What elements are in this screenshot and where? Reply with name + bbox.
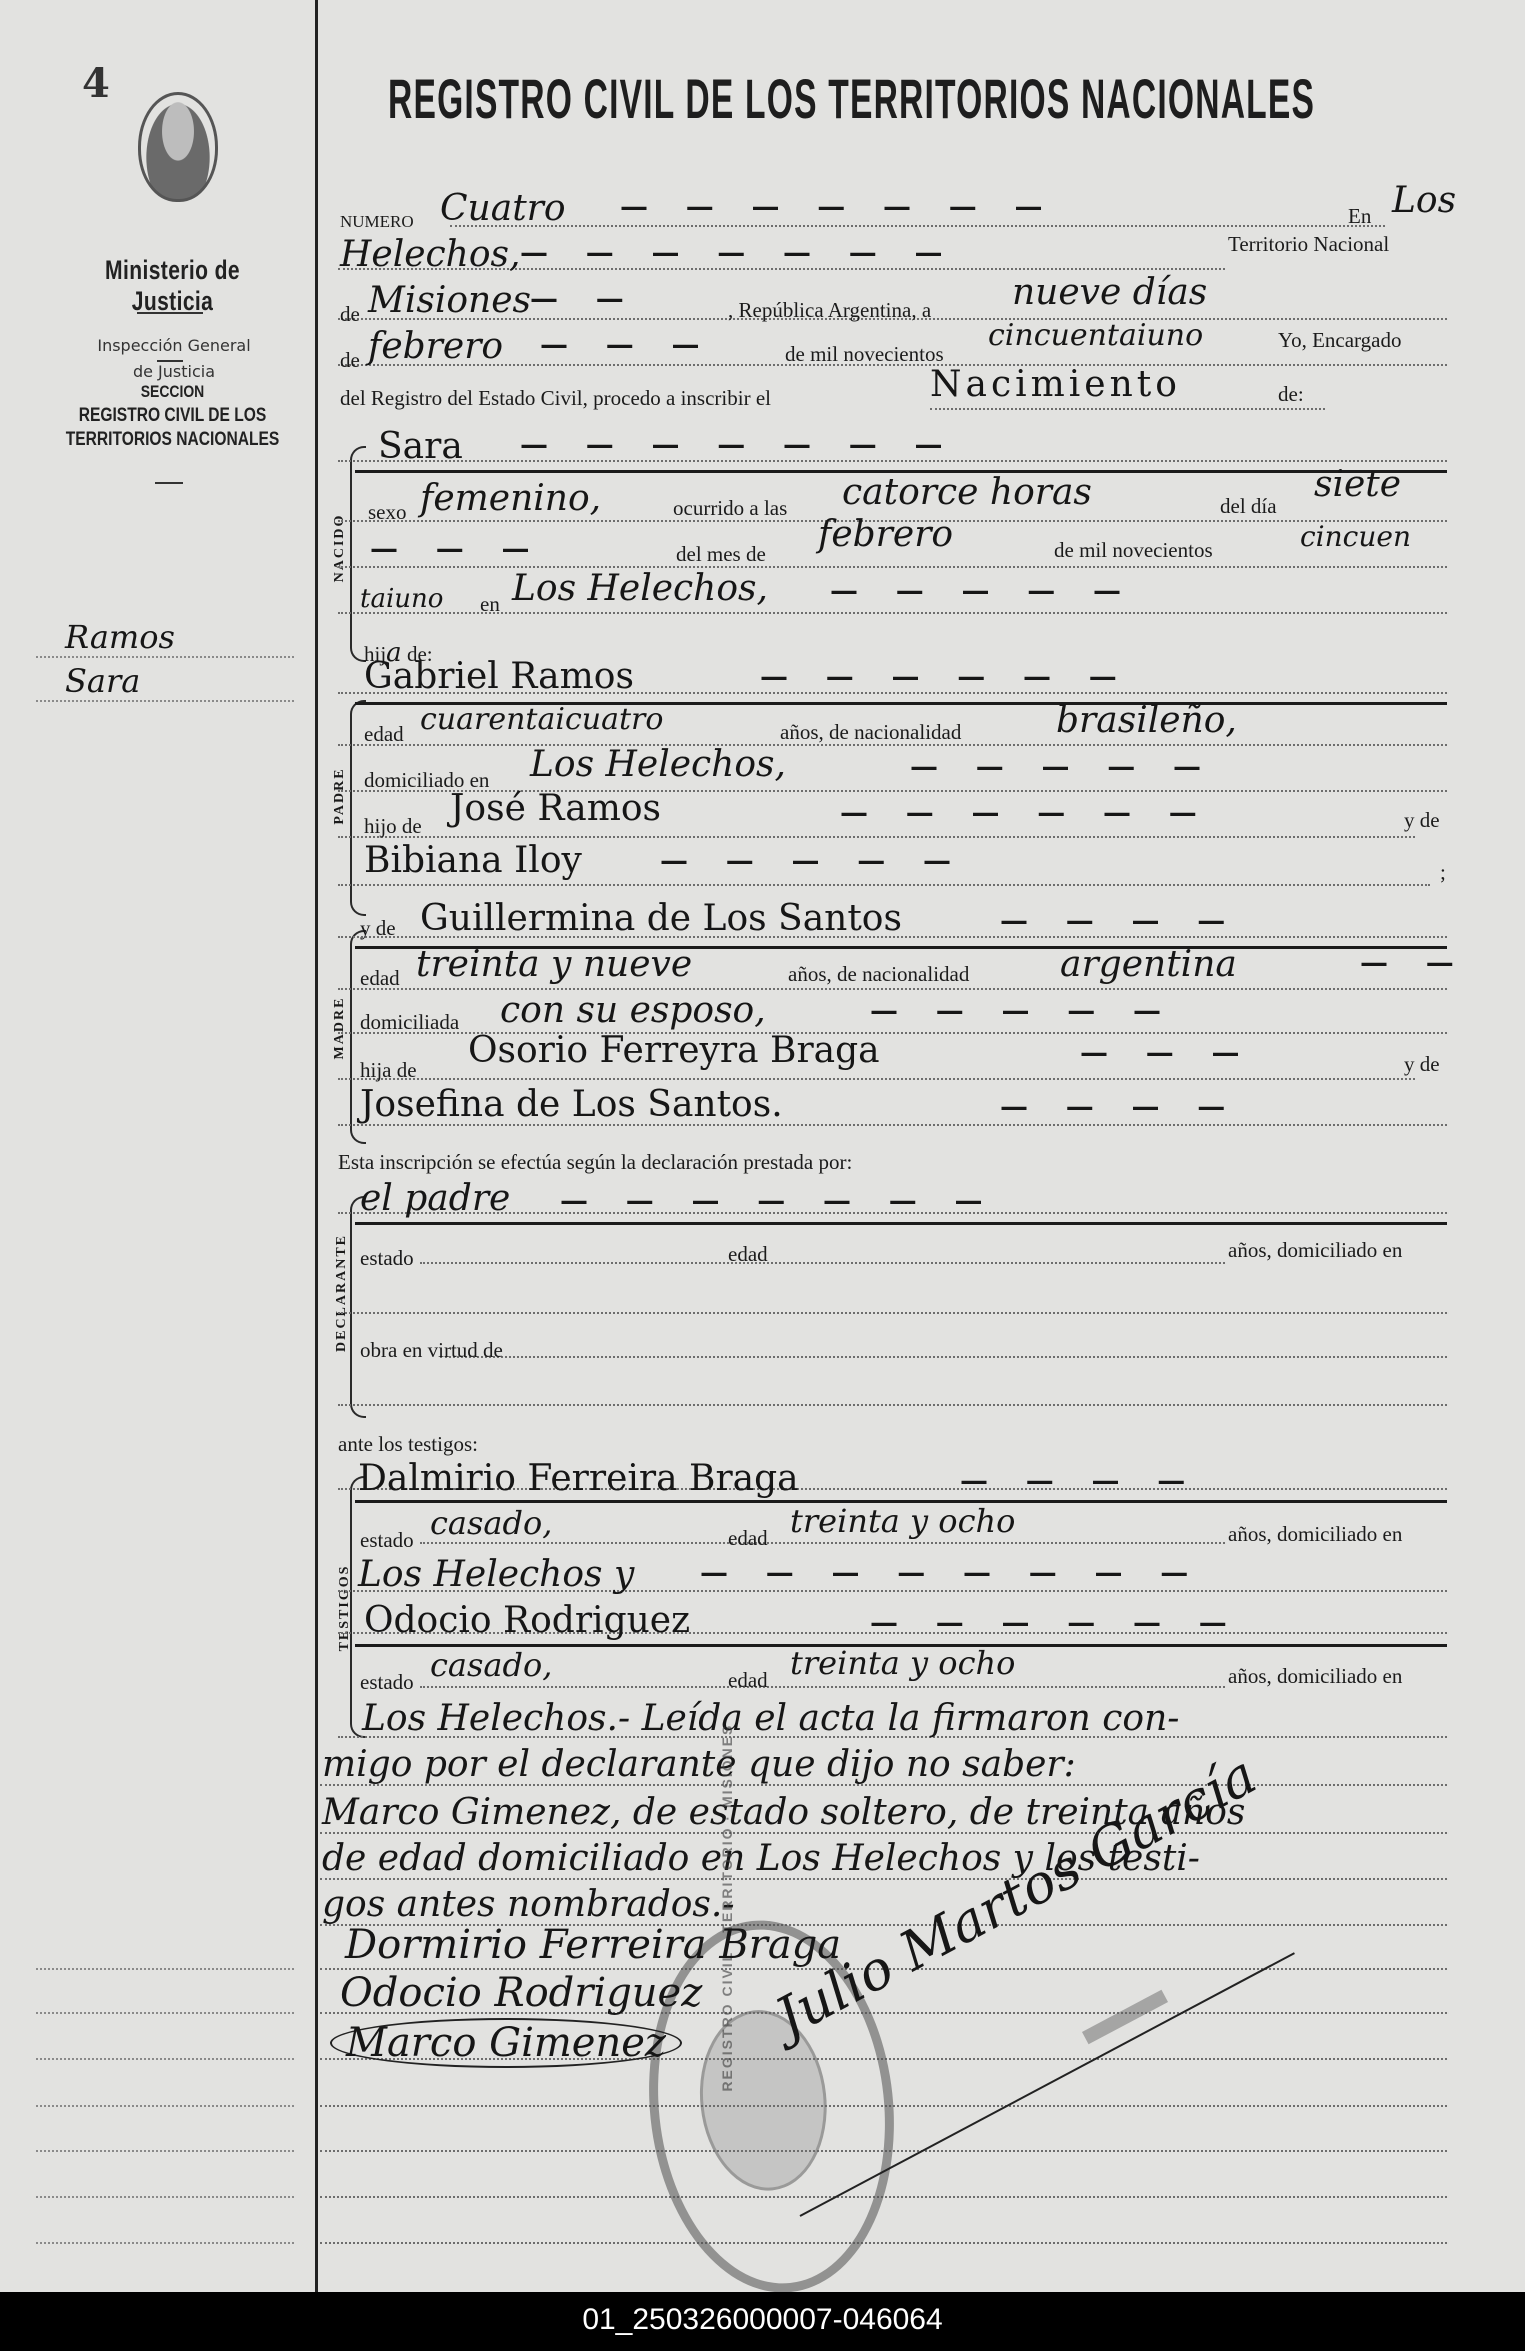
edad-label: edad [728, 1526, 768, 1551]
divider [157, 360, 183, 362]
month-value: febrero [818, 514, 953, 555]
year-value-part-1: cincuen [1300, 520, 1411, 553]
year-value-part-2: taiuno [360, 584, 443, 614]
nacido-brace [350, 446, 366, 662]
witness1-name-value: Dalmirio Ferreira Braga [358, 1458, 799, 1499]
en-label: en [480, 592, 500, 617]
fill-dashes: — — — — — — [870, 1606, 1241, 1639]
edad-value: treinta y nueve [416, 944, 692, 985]
fill-dashes: — — — [1080, 1036, 1254, 1069]
anos-domicilio-label: años, domiciliado en [1228, 1238, 1402, 1263]
margin-ruled-line [36, 700, 294, 702]
de-label: de [340, 348, 360, 373]
fill-dashes: — — — — — — — [560, 1184, 997, 1217]
de-label: de [340, 302, 360, 327]
witness1-edad-value: treinta y ocho [790, 1502, 1015, 1540]
edad-label: edad [728, 1242, 768, 1267]
mes-label: del mes de [676, 542, 766, 567]
ruled-line [440, 1356, 1447, 1358]
margin-ruled-line [36, 2012, 294, 2014]
territory-value: Misiones [368, 280, 531, 321]
ruled-line [320, 2242, 1447, 2244]
anos-nacionalidad-label: años, de nacionalidad [788, 962, 969, 987]
edad-label: edad [728, 1668, 768, 1693]
fill-dashes: — — — — [960, 1464, 1199, 1497]
padre-section-label: PADRE [332, 756, 348, 836]
divider [137, 312, 203, 314]
padre-name-value: Gabriel Ramos [364, 656, 634, 697]
ruled-line [450, 225, 1385, 227]
witness2-domicilio-value: Los Helechos.- Leída el acta la firmaron… [362, 1698, 1179, 1739]
witness1-estado-value: casado, [430, 1504, 552, 1542]
domiciliada-label: domiciliada [360, 1010, 459, 1035]
anos-domicilio-label: años, domiciliado en [1228, 1664, 1402, 1689]
folio-number: 4 [82, 60, 110, 107]
fill-dashes: — — — — — — — [520, 236, 957, 269]
nacionalidad-value: argentina [1060, 944, 1237, 985]
fill-dashes: — — — — — — — [620, 190, 1057, 223]
margin-ruled-line [36, 2242, 294, 2244]
year-label: de mil novecientos [1054, 538, 1213, 563]
madre-mother-value: Josefina de Los Santos. [360, 1084, 783, 1125]
year-label: de mil novecientos [785, 342, 944, 367]
witness2-name-value: Odocio Rodriguez [364, 1600, 690, 1641]
section-name-line-1: REGISTRO CIVIL DE LOS [64, 404, 281, 428]
ruled-line [420, 1262, 1225, 1264]
image-id-caption: 01_250326000007-046064 [0, 2292, 1525, 2351]
madre-father-value: Osorio Ferreyra Braga [468, 1030, 880, 1071]
margin-ruled-line [36, 1968, 294, 1970]
fill-dashes: — — — — [1000, 904, 1239, 937]
testigos-section-label: TESTIGOS [337, 1563, 353, 1653]
inspection-general: Inspección General de Justicia [60, 333, 288, 385]
ruled-line [420, 1686, 1225, 1688]
margin-ruled-line [36, 656, 294, 658]
fill-dashes: — — — [540, 328, 714, 361]
seal-text: REGISTRO CIVIL · TERRITORIO · MISIONES [719, 1724, 735, 2092]
nacionalidad-value: brasileño, [1056, 700, 1237, 741]
fill-dashes: — — — — — [660, 844, 965, 877]
nacido-name-value: Sara [378, 426, 463, 467]
declarante-name-value: el padre [360, 1178, 510, 1219]
sexo-label: sexo [368, 500, 407, 525]
rogado-signature: Marco Gimenez [330, 2018, 682, 2068]
fill-dashes: — — — — — — [760, 660, 1131, 693]
page-title: REGISTRO CIVIL DE LOS TERRITORIOS NACION… [388, 66, 1315, 131]
margin-ruled-line [36, 2105, 294, 2107]
ruled-line [420, 1542, 1225, 1544]
divider [155, 482, 183, 484]
month-value: febrero [368, 326, 503, 367]
margin-ruled-line [36, 2150, 294, 2152]
de-colon-label: de: [1278, 382, 1304, 407]
declarante-intro: Esta inscripción se efectúa según la dec… [338, 1150, 852, 1175]
register-page: 4 Ministerio de Justicia Inspección Gene… [0, 0, 1525, 2292]
day-value: nueve días [1012, 272, 1207, 313]
section-rule [355, 1222, 1447, 1225]
fill-dashes: — — — — [1000, 1090, 1239, 1123]
fill-dashes: — — — — — — — — [700, 1556, 1202, 1589]
en-value: Los [1392, 180, 1456, 221]
witness2-signature: Odocio Rodriguez [340, 1970, 702, 2016]
fill-dashes: — — — — — [910, 750, 1215, 783]
margin-rule [315, 0, 318, 2292]
edad-label: edad [360, 966, 400, 991]
margin-annotation-surname: Ramos [65, 618, 175, 656]
en-label: En [1348, 204, 1371, 229]
act-type-value: Nacimiento [930, 364, 1181, 405]
ruled-line [338, 566, 1447, 568]
madre-section-label: MADRE [332, 988, 348, 1068]
section-block: SECCION REGISTRO CIVIL DE LOS TERRITORIO… [64, 380, 281, 452]
witness1-signature: Dormirio Ferreira Braga [345, 1922, 841, 1968]
dia-label: del día [1220, 494, 1277, 519]
fill-dashes: — — — — — — — [520, 428, 957, 461]
numero-value: Cuatro [440, 188, 566, 229]
estado-label: estado [360, 1670, 414, 1695]
section-label: SECCION [64, 380, 281, 404]
year-value: cincuentaiuno [988, 318, 1203, 353]
fill-dashes: — — — — — — [840, 796, 1211, 829]
sexo-value: femenino, [420, 478, 601, 519]
estado-label: estado [360, 1246, 414, 1271]
padre-father-value: José Ramos [450, 788, 661, 829]
edad-value: cuarentaicuatro [420, 702, 663, 737]
ruled-line [338, 1078, 1415, 1080]
hija-de-label: hija de [360, 1058, 417, 1083]
argentine-coat-of-arms-icon [138, 92, 218, 202]
ruled-line [338, 836, 1415, 838]
y-de-label: y de [1404, 808, 1440, 833]
padre-mother-value: Bibiana Iloy [364, 840, 582, 881]
witness2-edad-value: treinta y ocho [790, 1644, 1015, 1682]
declarante-section-label: DECLARANTE [334, 1252, 350, 1352]
declarante-brace [350, 1196, 366, 1418]
day-value: siete [1314, 464, 1401, 505]
hijo-de-label: hijo de [364, 814, 422, 839]
fill-dashes: — — — — — [830, 574, 1135, 607]
semicolon: ; [1440, 860, 1446, 885]
madre-name-value: Guillermina de Los Santos [420, 898, 902, 939]
anos-domicilio-label: años, domiciliado en [1228, 1522, 1402, 1547]
y-de-label: y de [1404, 1052, 1440, 1077]
margin-annotation-given-name: Sara [65, 662, 140, 700]
registro-label: del Registro del Estado Civil, procedo a… [340, 386, 771, 411]
ministry-name: Ministerio de Justicia [69, 255, 276, 317]
anos-nacionalidad-label: años, de nacionalidad [780, 720, 961, 745]
fill-dashes: — — — — — [870, 994, 1175, 1027]
closing-line-4: gos antes nombrados.- [322, 1884, 735, 1925]
obra-label: obra en virtud de [360, 1338, 503, 1363]
republica-label: , República Argentina, a [728, 298, 931, 323]
place-value: Los Helechos, [512, 568, 768, 609]
hour-value: catorce horas [842, 472, 1092, 513]
territorio-label: Territorio Nacional [1228, 232, 1389, 257]
inspection-line-1: Inspección General [60, 333, 288, 359]
place-value: Helechos, [340, 234, 520, 275]
closing-line-1: migo por el declarante que dijo no saber… [322, 1744, 1076, 1785]
ruled-line [338, 1312, 1447, 1314]
officer-signature: Julio Martos García [765, 1743, 1266, 2049]
encargado-label: Yo, Encargado [1278, 328, 1401, 353]
domiciliada-value: con su esposo, [500, 990, 766, 1031]
officer-name-stamp [1082, 1990, 1168, 2045]
testigos-intro: ante los testigos: [338, 1432, 478, 1457]
ruled-line [338, 612, 1447, 614]
witness1-domicilio-value: Los Helechos y [358, 1554, 634, 1595]
ruled-line [930, 408, 1325, 410]
domicilio-value: Los Helechos, [530, 744, 786, 785]
ocurrido-label: ocurrido a las [673, 496, 787, 521]
y-de-label: y de [360, 916, 396, 941]
edad-label: edad [364, 722, 404, 747]
fill-dashes: — — — [370, 532, 544, 565]
margin-ruled-line [36, 2196, 294, 2198]
fill-dashes: — — [1360, 946, 1468, 979]
fill-dashes: — — [530, 282, 638, 315]
ruled-line [338, 1404, 1447, 1406]
section-name-line-2: TERRITORIOS NACIONALES [64, 428, 281, 452]
estado-label: estado [360, 1528, 414, 1553]
witness2-estado-value: casado, [430, 1646, 552, 1684]
margin-ruled-line [36, 2058, 294, 2060]
ruled-line [338, 884, 1430, 886]
numero-label: NUMERO [340, 212, 414, 232]
